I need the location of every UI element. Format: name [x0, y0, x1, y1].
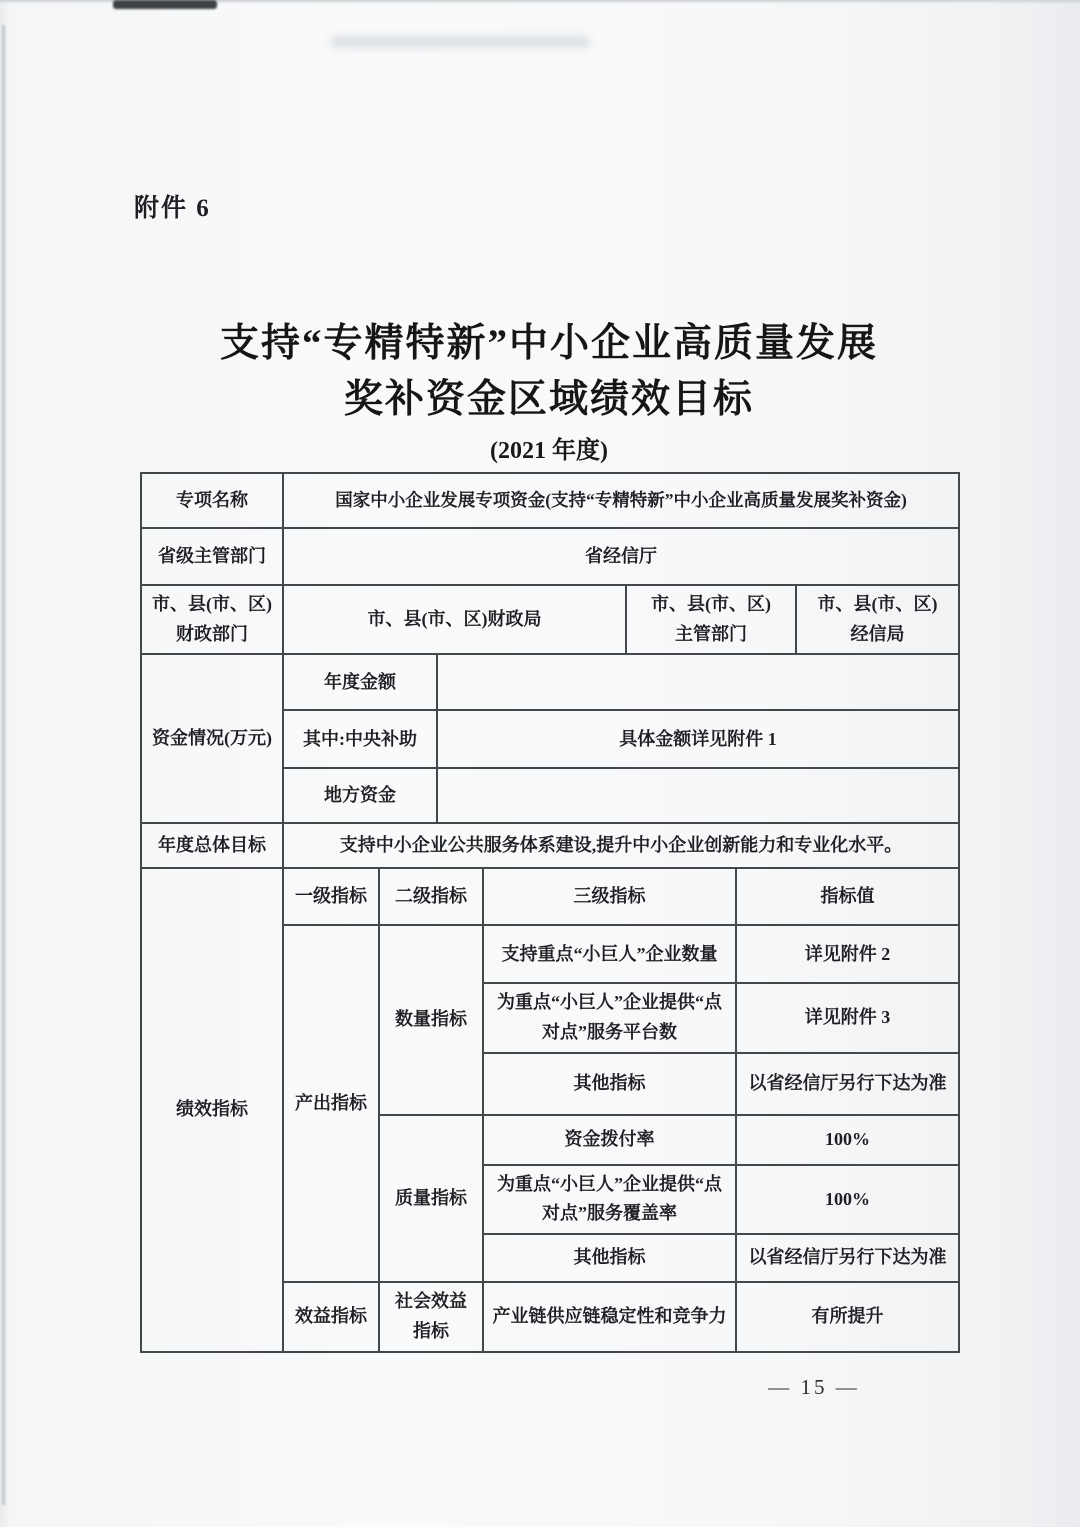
indicator-cell: 为重点“小巨人”企业提供“点对点”服务平台数: [483, 983, 736, 1052]
indicator-value-cell: 详见附件 2: [736, 925, 959, 983]
funding-local-funds-label-cell: 地方资金: [283, 768, 437, 823]
indicator-value-cell: 详见附件 3: [736, 983, 959, 1052]
scan-artifact-faint-streak: [330, 36, 590, 48]
provincial-dept-label-cell: 省级主管部门: [141, 528, 283, 585]
funding-annual-amount-label-cell: 年度金额: [283, 654, 437, 710]
indicator-value-cell: 以省经信厅另行下达为准: [736, 1053, 959, 1115]
project-name-value-cell: 国家中小企业发展专项资金(支持“专精特新”中小企业高质量发展奖补资金): [283, 473, 959, 528]
project-name-label-cell: 专项名称: [141, 473, 283, 528]
level1-benefit-cell: 效益指标: [283, 1282, 379, 1351]
indicator-cell: 产业链供应链稳定性和竞争力: [483, 1282, 736, 1351]
city-dept-value-cell: 市、县(市、区) 经信局: [796, 585, 959, 654]
level2-social-benefit-cell: 社会效益 指标: [379, 1282, 483, 1351]
indicator-cell: 支持重点“小巨人”企业数量: [483, 925, 736, 983]
scanned-document-page: 附件 6 支持“专精特新”中小企业高质量发展 奖补资金区域绩效目标 (2021 …: [0, 0, 1080, 1527]
funding-annual-amount-value-cell: [437, 654, 959, 710]
city-dept-label-cell: 市、县(市、区) 主管部门: [626, 585, 796, 654]
header-level3-cell: 三级指标: [483, 868, 736, 925]
indicators-section-label-cell: 绩效指标: [141, 868, 283, 1351]
document-title-line2: 奖补资金区域绩效目标: [140, 368, 958, 424]
performance-target-table: 专项名称 国家中小企业发展专项资金(支持“专精特新”中小企业高质量发展奖补资金)…: [140, 472, 960, 1353]
annual-goal-label-cell: 年度总体目标: [141, 823, 283, 868]
indicator-cell: 其他指标: [483, 1053, 736, 1115]
funding-section-label-cell: 资金情况(万元): [141, 654, 283, 823]
indicator-value-cell: 100%: [736, 1165, 959, 1234]
level2-quality-cell: 质量指标: [379, 1115, 483, 1282]
document-subtitle: (2021 年度): [140, 430, 958, 465]
indicator-value-cell: 有所提升: [736, 1282, 959, 1351]
header-level1-cell: 一级指标: [283, 868, 379, 925]
indicator-cell: 为重点“小巨人”企业提供“点对点”服务覆盖率: [483, 1165, 736, 1234]
indicator-cell: 资金拨付率: [483, 1115, 736, 1165]
page-number: — 15 —: [140, 1375, 958, 1400]
funding-central-subsidy-label-cell: 其中:中央补助: [283, 710, 437, 768]
indicator-value-cell: 100%: [736, 1115, 959, 1165]
indicator-value-cell: 以省经信厅另行下达为准: [736, 1234, 959, 1282]
city-finance-label-cell: 市、县(市、区) 财政部门: [141, 585, 283, 654]
indicator-cell: 其他指标: [483, 1234, 736, 1282]
funding-central-subsidy-value-cell: 具体金额详见附件 1: [437, 710, 959, 768]
level1-output-cell: 产出指标: [283, 925, 379, 1282]
funding-local-funds-value-cell: [437, 768, 959, 823]
document-title-line1: 支持“专精特新”中小企业高质量发展: [140, 312, 958, 368]
scan-artifact-dark-streak: [113, 0, 217, 9]
header-value-cell: 指标值: [736, 868, 959, 925]
attachment-label: 附件 6: [134, 188, 211, 224]
scan-edge-left: [2, 25, 5, 1505]
annual-goal-value-cell: 支持中小企业公共服务体系建设,提升中小企业创新能力和专业化水平。: [283, 823, 959, 868]
header-level2-cell: 二级指标: [379, 868, 483, 925]
level2-quantity-cell: 数量指标: [379, 925, 483, 1114]
city-finance-value-cell: 市、县(市、区)财政局: [283, 585, 626, 654]
provincial-dept-value-cell: 省经信厅: [283, 528, 959, 585]
